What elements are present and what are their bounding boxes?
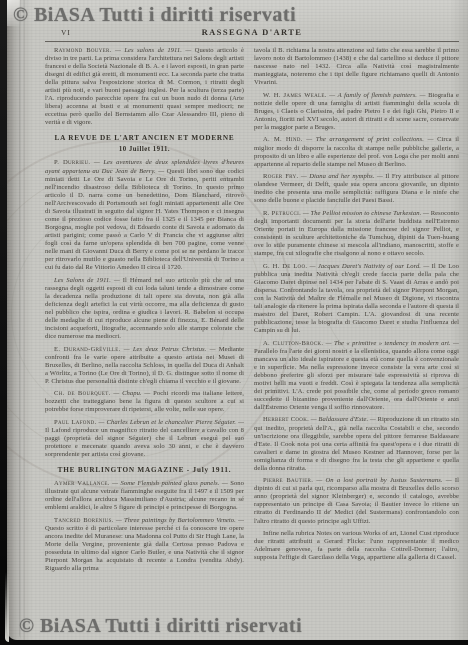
author-name: P. Durrieu. [54,159,90,166]
abstract-text: Parallelo fra l'arte dei giorni nostri e… [254,348,459,411]
abstract-vallance: Aymer Vallance. — Some Flemish painted g… [45,480,244,512]
abstract-text: Infine nella rubrica Notes on various Wo… [254,530,459,561]
section-revue-art-ancien: LA REVUE DE L'ART ANCIEN ET MODERNE 10 J… [45,134,244,153]
abstract-text: Il Hémard nel suo articolo più che ad un… [45,277,244,340]
copyright-watermark-bottom: © BiASA Tutti i diritti riservati [19,615,302,638]
right-column: tavola il B. richiama la nostra attenzio… [254,47,459,578]
article-title: — Charles Lebrun et le chancelier Pierre… [96,419,244,426]
author-name: A. Clutton-Brock. [263,340,323,347]
abstract-text: tavola il B. richiama la nostra attenzio… [254,47,459,86]
article-title: — Diana and her nymphs. — [298,173,385,180]
article-title: — Jacques Daret's Nativity of our Lord. … [307,263,431,270]
article-title: — On a lost portrait by Justus Susterman… [313,477,455,484]
article-title: — The arrangement of print collections. … [303,136,437,143]
text-columns: Raymond Bouyer. — Les salons de 1911. — … [45,47,459,578]
scan-black-edge-bottom [0,640,468,645]
article-title: — Baldassare d'Este. — [309,416,377,423]
author-name: Pierre Bautier. [263,477,313,484]
author-name: Raymond Bouyer. [54,47,112,54]
author-name: W. H. James Weale. [263,92,327,99]
abstract-hind: A. M. Hind. — The arrangement of print c… [254,136,459,168]
author-name: Roger Fry. [263,173,298,180]
section-burlington-magazine: THE BURLINGTON MAGAZINE - July 1911. [45,466,244,474]
journal-title: RASSEGNA D'ARTE [45,27,459,37]
author-name: E. Durand-Gréville. [54,346,121,353]
abstract-cust-notes: Infine nella rubrica Notes on various Wo… [254,530,459,562]
abstract-durrieu: P. Durrieu. — Les aventures de deux sple… [45,159,244,272]
left-column: Raymond Bouyer. — Les salons de 1911. — … [45,47,244,578]
abstract-fry: Roger Fry. — Diana and her nymphs. — Il … [254,173,459,205]
abstract-cook: Herbert Cook. — Baldassare d'Este. — Rip… [254,416,459,472]
abstract-de-loo: G. H. De Loo. — Jacques Daret's Nativity… [254,263,459,335]
abstract-petrucci: R. Petrucci. — The Pelliot mission to ch… [254,210,459,258]
abstract-text: Il dipinto di cui si parla qui, ricompar… [254,477,459,524]
abstract-text: Questo articolo è diviso in tre parti. L… [45,47,244,126]
section-title: LA REVUE DE L'ART ANCIEN ET MODERNE [45,134,244,142]
abstract-borenius-continuation: tavola il B. richiama la nostra attenzio… [254,47,459,87]
author-name: Herbert Cook. [263,416,309,423]
article-title: — Les salons de 1911. — [112,47,195,54]
author-name: A. M. Hind. [263,136,303,143]
author-name: Ch. de Bourquet. [54,390,111,397]
article-title: — Some Flemish painted glass panels. — [110,480,231,487]
abstract-weale: W. H. James Weale. — A family of flemish… [254,92,459,132]
header-rule [45,41,459,42]
article-title: — The Pelliot mission to chinese Turkest… [301,210,431,217]
abstract-text: Il Lafond riproduce un magnifico ritratt… [45,427,244,458]
abstract-clutton-brock: A. Clutton-Brock. — The « primitive » te… [254,340,459,412]
author-name: Aymer Vallance. [54,480,110,487]
article-title: — Chapu. — [111,390,154,397]
author-name: G. H. De Loo. [263,263,307,270]
author-name: R. Petrucci. [263,210,301,217]
abstract-text: Riproduzione di un ritratto sin qui ined… [254,416,459,471]
abstract-lafond: Paul Lafond. — Charles Lebrun et le chan… [45,419,244,459]
scanned-page: © BiASA Tutti i diritti riservati VI RAS… [7,0,468,640]
article-title: — A family of flemish painters. — [327,92,428,99]
article-title: Les Salons de 1911. — [54,277,123,284]
abstract-text: Questo scritto è di particolare interess… [45,525,244,572]
article-title: — The « primitive » tendency in modern a… [323,340,459,347]
article-title: — Three paintings by Bartolommeo Veneto.… [114,517,244,524]
article-title: — Les deux Petrus Christus. — [121,346,219,353]
abstract-chapu: Ch. de Bourquet. — Chapu. — Pochi ricord… [45,390,244,414]
page-corner-highlight [5,572,9,642]
section-title: THE BURLINGTON MAGAZINE - July 1911. [45,466,244,474]
section-date: 10 Juillet 1911. [45,146,244,153]
abstract-durand-greville: E. Durand-Gréville. — Les deux Petrus Ch… [45,346,244,386]
abstract-text: Questi libri sono due codici miniati det… [45,168,244,272]
book-spine-crease [19,0,25,640]
abstract-bautier: Pierre Bautier. — On a lost portrait by … [254,477,459,525]
author-name: Paul Lafond. [54,419,96,426]
scan-black-edge-left [0,0,7,645]
author-name: Tancred Borenius. [54,517,114,524]
running-head: VI RASSEGNA D'ARTE [45,27,459,40]
abstract-text: Resoconto degli importanti documenti per… [254,210,459,257]
abstract-bouyer: Raymond Bouyer. — Les salons de 1911. — … [45,47,244,127]
abstract-salons: Les Salons de 1911. — Il Hémard nel suo … [45,277,244,341]
abstract-text: Il De Loo pubblica una inedita Natività … [254,263,459,334]
abstract-borenius: Tancred Borenius. — Three paintings by B… [45,517,244,573]
copyright-watermark-top: © BiASA Tutti i diritti riservati [13,4,296,27]
